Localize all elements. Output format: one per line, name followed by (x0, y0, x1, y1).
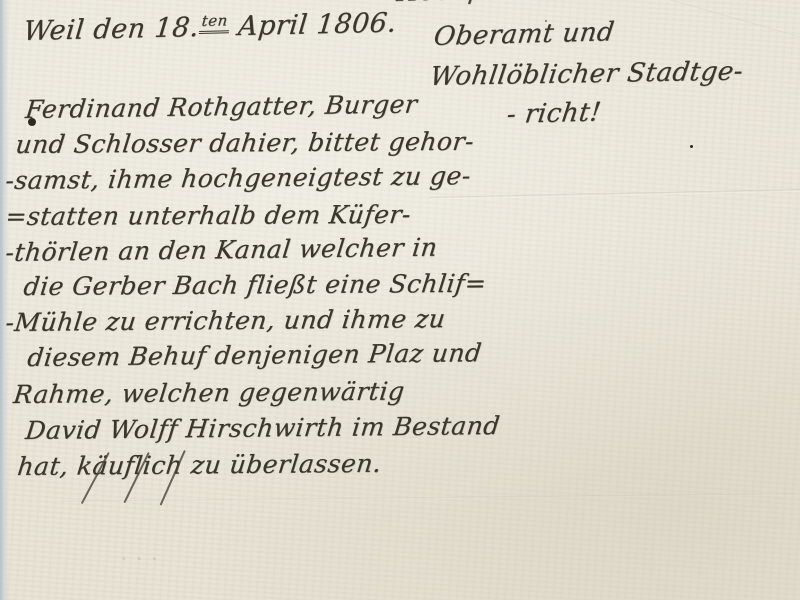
page-edge-strip (0, 0, 9, 600)
ink-speck (28, 118, 36, 126)
fold-crease-diagonal-top (643, 0, 800, 46)
body-line-1: Ferdinand Rothgatter, Burger (24, 89, 419, 124)
bleed-through-text: · · · (119, 545, 160, 573)
body-line-2: und Schlosser dahier, bittet gehor- (14, 127, 476, 159)
body-line-9: Rahme, welchen gegenwärtig (12, 377, 406, 409)
body-line-5: -thörlen an den Kanal welcher in (4, 233, 439, 267)
body-line-4: =statten unterhalb dem Küfer- (4, 200, 413, 231)
address-line-oberamt: Oberamt und (432, 17, 616, 52)
scanned-letter-page: Weil den 18.ten April 1806. Hochpreislic… (0, 0, 800, 600)
dateline-ordinal-suffix: ten (198, 11, 230, 34)
body-line-6: die Gerber Bach fließt eine Schlif= (22, 269, 488, 301)
fold-crease-bottom (60, 493, 800, 503)
dateline-place-day: Weil den 18. (22, 12, 201, 47)
ink-speck (545, 20, 547, 22)
dateline: Weil den 18.ten April 1806. (22, 7, 398, 47)
address-clipped-line: Hochpreisliches Churfürstliches (395, 0, 800, 8)
ink-speck (690, 145, 693, 148)
body-line-11: hat, käuflich zu überlassen. (16, 449, 383, 481)
address-line-richt: - richt! (505, 97, 603, 130)
fold-crease-horizontal (430, 189, 800, 200)
body-line-10: David Wolff Hirschwirth im Bestand (24, 411, 502, 445)
body-line-8: diesem Behuf denjenigen Plaz und (26, 338, 483, 372)
body-line-3: -samst, ihme hochgeneigtest zu ge- (4, 161, 473, 195)
body-line-7: -Mühle zu errichten, und ihme zu (4, 304, 447, 337)
dateline-rest: April 1806. (228, 7, 398, 42)
address-line-stadtge: Wohllöblicher Stadtge- (428, 56, 745, 92)
